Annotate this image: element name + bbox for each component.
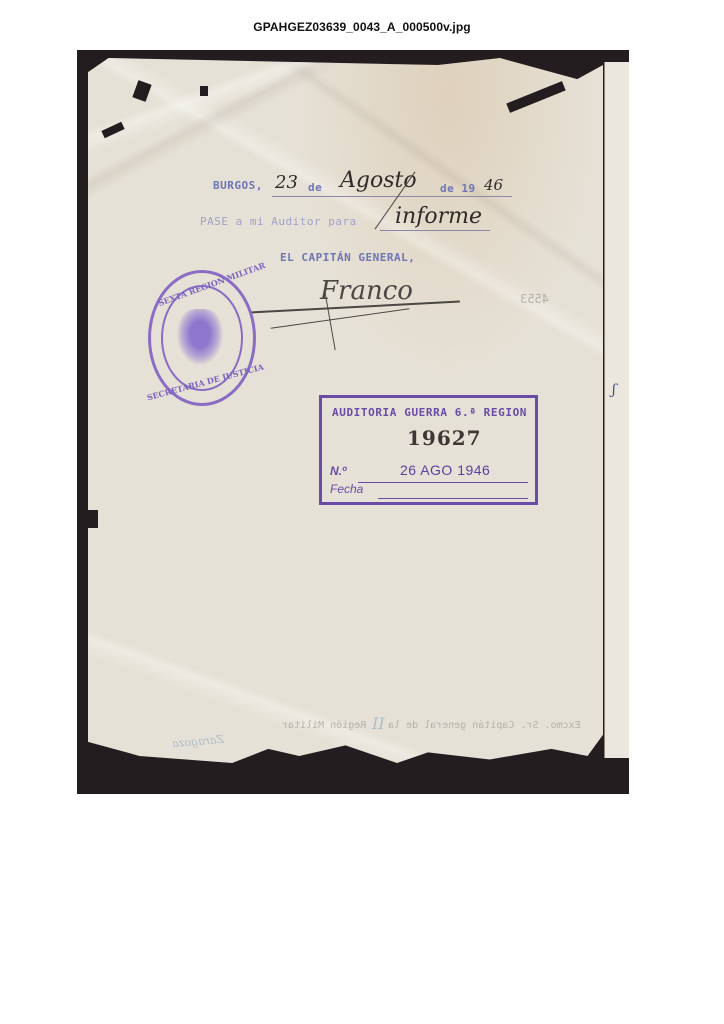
date-underline (272, 196, 512, 197)
auditoria-stamp: AUDITORIA GUERRA 6.ª REGION 19627 N.º 26… (319, 395, 538, 505)
signature: Franco (320, 276, 413, 306)
edge-handwriting: ʃ (612, 382, 616, 398)
stamp-date: 26 AGO 1946 (400, 462, 490, 478)
typed-city: BURGOS, (213, 179, 263, 192)
oval-stamp: SEXTA REGION MILITAR SECRETARIA DE JUSTI… (148, 270, 256, 406)
bleed-through-number: 4553 (520, 292, 549, 306)
tear-top-mid (200, 86, 208, 96)
typed-de-2: de 19 (440, 182, 476, 195)
registry-number: 19627 (407, 426, 482, 450)
typed-de-1: de (308, 181, 322, 194)
typed-signatory: EL CAPITÁN GENERAL, (280, 251, 415, 264)
bleed-through-addressee: Excmo. Sr. Capitán general de la (388, 720, 581, 731)
handwritten-month: Agosto (340, 168, 417, 193)
tear-left-edge (88, 510, 98, 528)
file-name-caption: GPAHGEZ03639_0043_A_000500v.jpg (0, 20, 724, 34)
handwritten-day: 23 (275, 172, 298, 193)
typed-pase: PASE a mi Auditor para (200, 215, 357, 228)
number-label: N.º (330, 464, 346, 478)
adjacent-page-edge (604, 62, 629, 758)
handwritten-informe: informe (395, 204, 482, 229)
date-line (378, 498, 528, 499)
date-label: Fecha (330, 482, 363, 496)
handwritten-year: 46 (484, 176, 503, 194)
eagle-emblem-icon (177, 309, 223, 365)
bleed-through-region: Región Militar (282, 720, 366, 731)
pase-underline (380, 230, 490, 231)
auditoria-stamp-title: AUDITORIA GUERRA 6.ª REGION (332, 406, 527, 419)
number-line (358, 482, 528, 483)
bleed-through-roman: II (372, 714, 385, 733)
